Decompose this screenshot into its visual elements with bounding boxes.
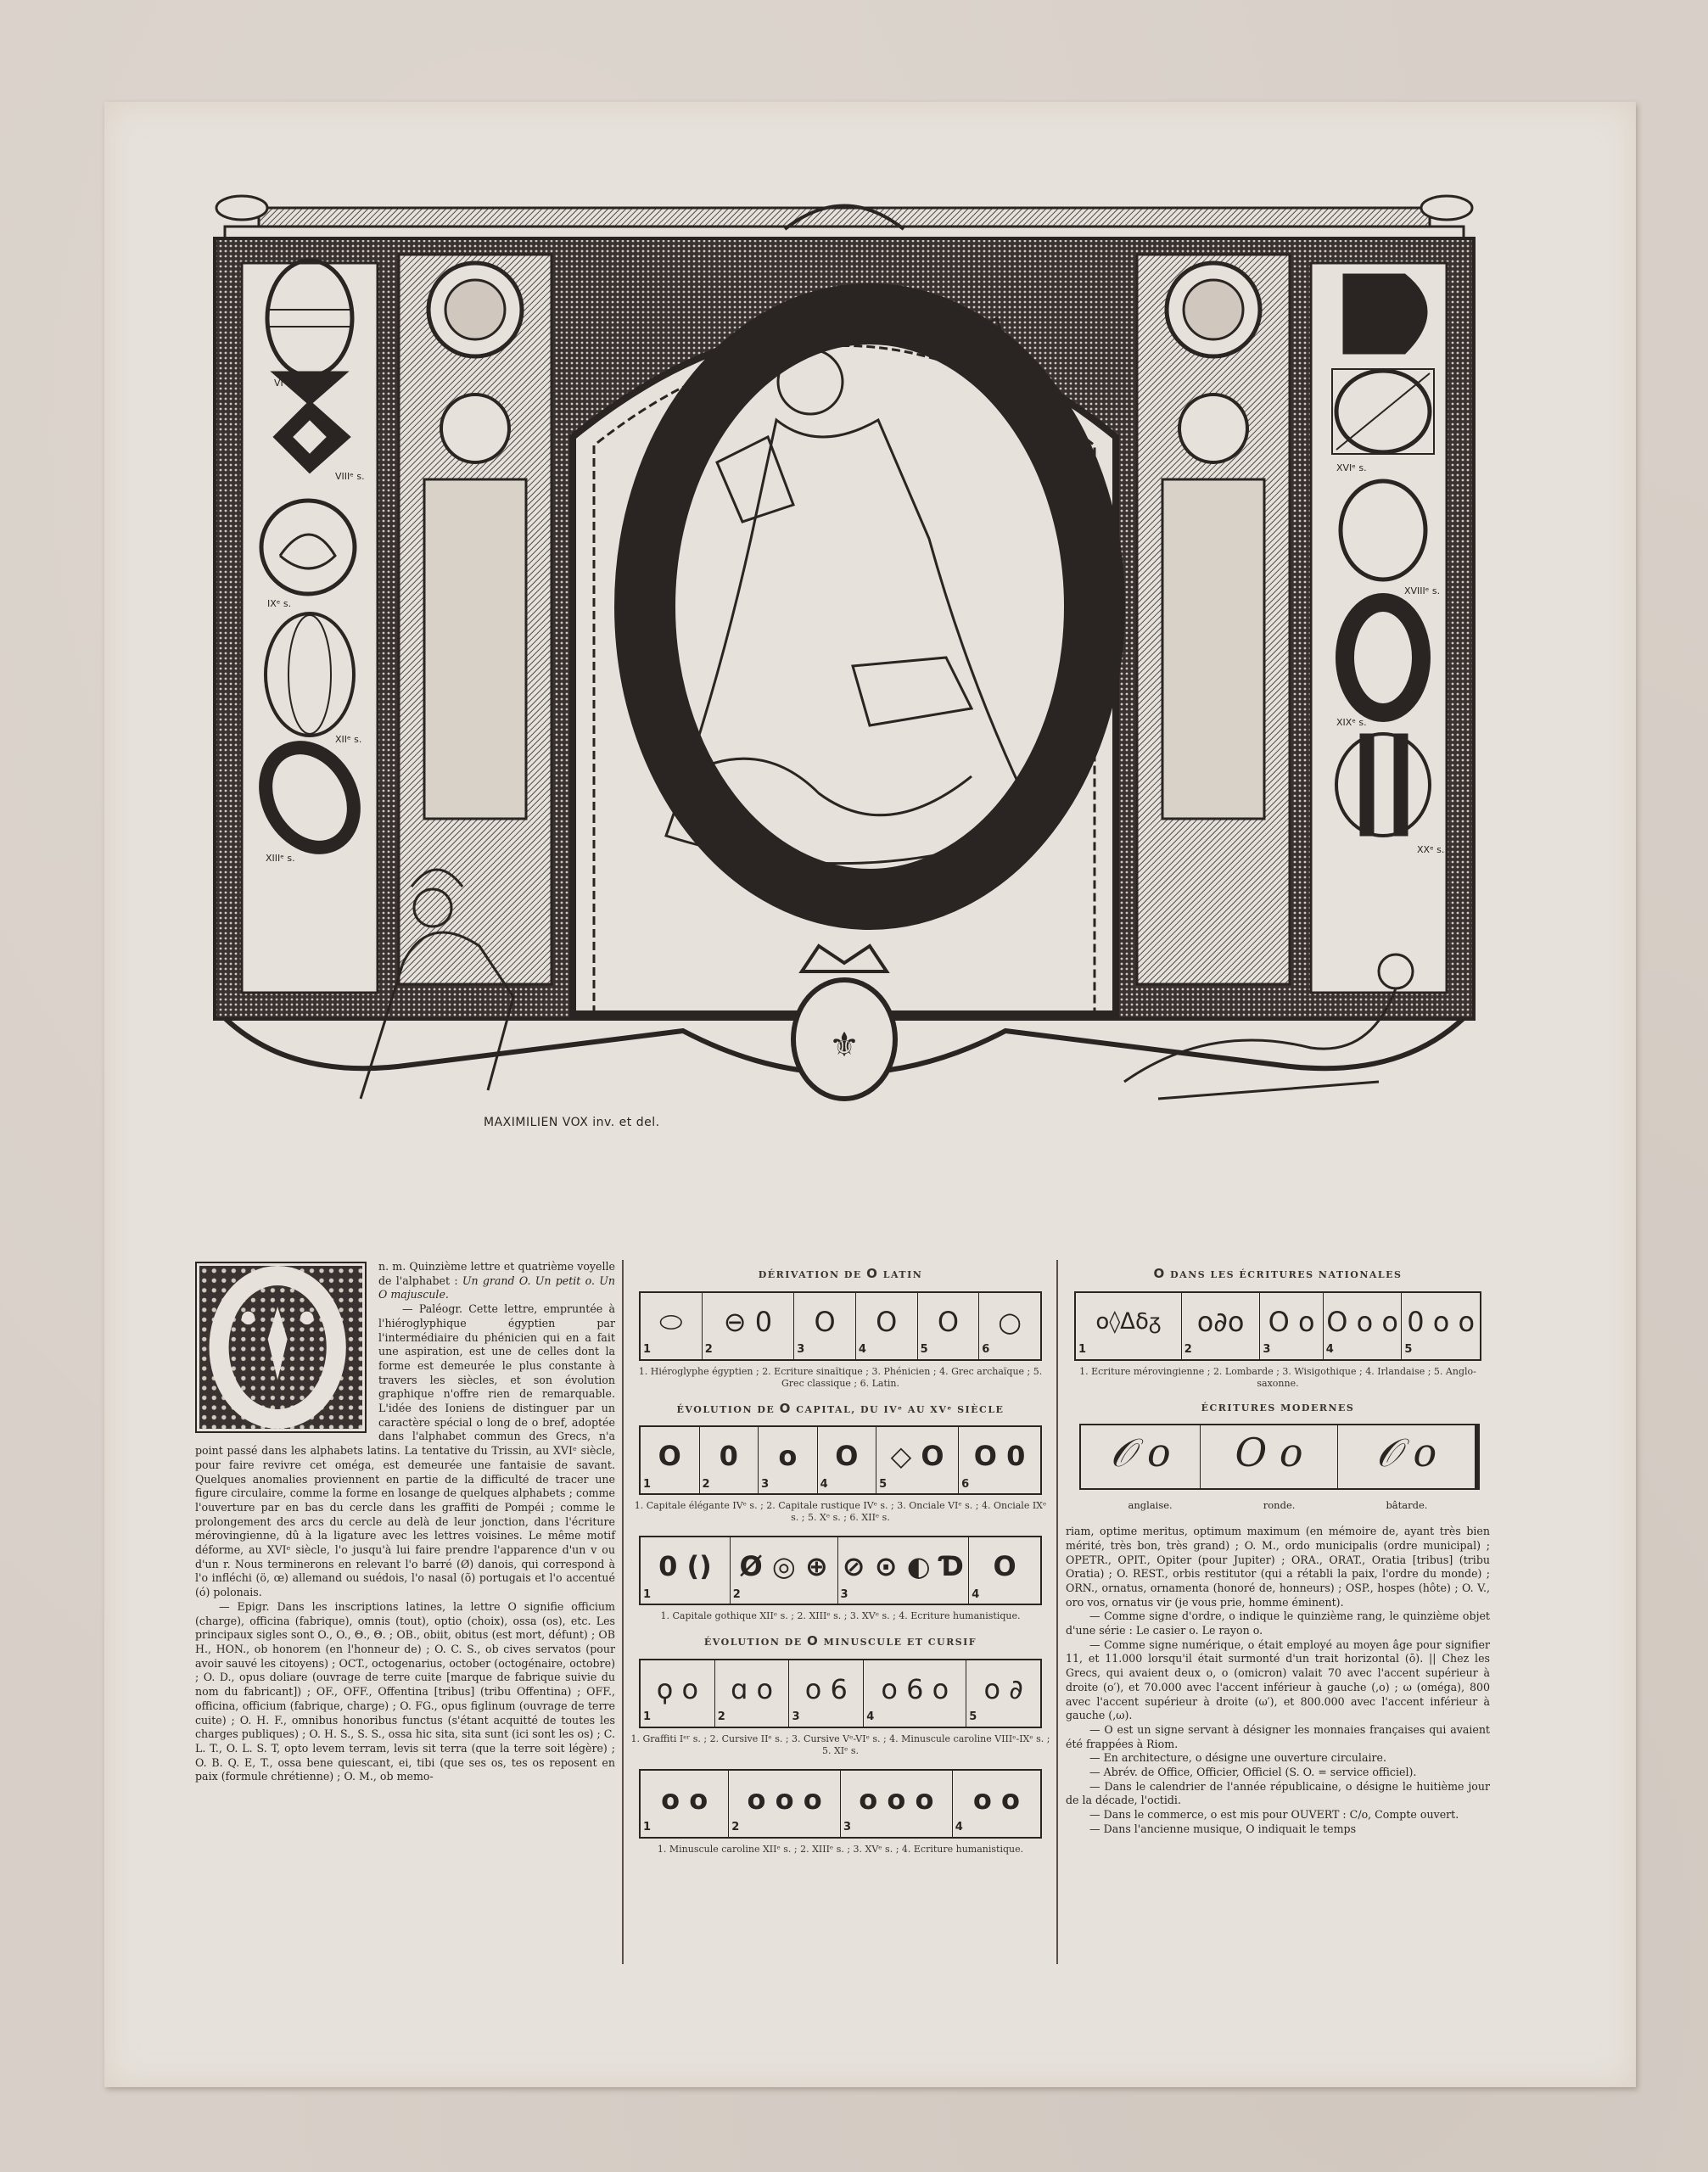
figure-caption-nationales: 1. Ecriture mérovingienne ; 2. Lombarde … [1066, 1366, 1490, 1390]
figure-cell: ○6 [979, 1293, 1040, 1359]
abbreviation-paragraph: — Abrév. de Office, Officier, Officiel (… [1066, 1766, 1490, 1780]
figure-cell: o3 [759, 1427, 818, 1493]
figure-cell: 0 o o5 [1402, 1293, 1480, 1359]
figure-box-minuscule: ϙ o1 ɑ o2 o 63 o 6 o4 o ∂5 [639, 1659, 1042, 1728]
dictionary-page: VIᵉ s. VIIIᵉ s. IXᵉ s. XIIᵉ s. XIIIᵉ s. … [104, 102, 1636, 2087]
figure-cell: o o o2 [729, 1771, 841, 1837]
figure-title-nationales: O DANS LES ÉCRITURES NATIONALES [1066, 1267, 1490, 1283]
ornamental-frame-illustration: VIᵉ s. VIIIᵉ s. IXᵉ s. XIIᵉ s. XIIIᵉ s. … [208, 182, 1481, 1128]
decorative-plate-letter-o: VIᵉ s. VIIIᵉ s. IXᵉ s. XIIᵉ s. XIIIᵉ s. … [208, 182, 1481, 1128]
figure-box-capital: O1 02 o3 O4 ◇ O5 O 06 [639, 1425, 1042, 1495]
figure-cell: ⊘ ⊙ ◐ Ɗ3 [838, 1537, 970, 1604]
figure-cell: ⊖ 02 [703, 1293, 795, 1359]
figure-caption-minuscule: 1. Graffiti Iᵉʳ s. ; 2. Cursive IIᵉ s. ;… [630, 1733, 1050, 1757]
figure-cell-ronde: O o [1201, 1425, 1338, 1488]
figure-cell: O1 [641, 1427, 700, 1493]
era-label-xiii: XIIIᵉ s. [266, 853, 295, 864]
figure-caption-derivation: 1. Hiéroglyphe égyptien ; 2. Ecriture si… [630, 1366, 1050, 1390]
artist-signature: MAXIMILIEN VOX inv. et del. [484, 1116, 660, 1129]
era-label-xx: XXᵉ s. [1417, 844, 1444, 855]
numeric-sign-paragraph: — Comme signe numérique, o était employé… [1066, 1638, 1490, 1723]
figure-cell: o◊ᐃδᵹ1 [1076, 1293, 1182, 1359]
figure-cell: O3 [794, 1293, 856, 1359]
figure-cell: ɑ o2 [715, 1660, 790, 1727]
era-label-xii: XIIᵉ s. [335, 734, 361, 745]
figure-cell: O4 [856, 1293, 918, 1359]
figure-cell: o o4 [953, 1771, 1040, 1837]
figure-box-nationales: o◊ᐃδᵹ1 o∂o2 O o3 O o o4 0 o o5 [1074, 1291, 1481, 1361]
figure-cell: o ∂5 [966, 1660, 1040, 1727]
label-batarde: bâtarde. [1386, 1498, 1427, 1513]
label-ronde: ronde. [1263, 1498, 1296, 1513]
figure-cell: O4 [818, 1427, 877, 1493]
era-label-ix: IXᵉ s. [267, 598, 291, 609]
figure-cell: O5 [918, 1293, 980, 1359]
figure-cell: ◇ O5 [876, 1427, 959, 1493]
figure-cell: 02 [700, 1427, 759, 1493]
order-sign-paragraph: — Comme signe d'ordre, o indique le quin… [1066, 1609, 1490, 1637]
figure-cell: o 63 [789, 1660, 864, 1727]
architecture-paragraph: — En architecture, o désigne une ouvertu… [1066, 1751, 1490, 1766]
column-divider-1 [622, 1260, 624, 1964]
figure-title-minuscule: ÉVOLUTION DE O MINUSCULE ET CURSIF [630, 1634, 1050, 1650]
column-divider-2 [1056, 1260, 1058, 1964]
modern-scripts-labels: anglaise. ronde. bâtarde. [1083, 1498, 1473, 1513]
figure-cell: o o1 [641, 1771, 729, 1837]
figure-cell: o∂o2 [1182, 1293, 1261, 1359]
figure-cell: ⬭1 [641, 1293, 703, 1359]
calendar-paragraph: — Dans le calendrier de l'année républic… [1066, 1780, 1490, 1808]
era-label-xvi: XVIᵉ s. [1336, 462, 1367, 473]
music-paragraph: — Dans l'ancienne musique, O indiquait l… [1066, 1822, 1490, 1837]
figure-cell: Ø ◎ ⊕2 [731, 1537, 838, 1604]
coinage-paragraph: — O est un signe servant à désigner les … [1066, 1723, 1490, 1751]
figure-box-derivation: ⬭1 ⊖ 02 O3 O4 O5 ○6 [639, 1291, 1042, 1361]
era-label-xviii: XVIIIᵉ s. [1404, 585, 1440, 596]
era-label-vi: VIᵉ s. [274, 378, 298, 389]
figure-caption-caroline: 1. Minuscule caroline XIIᵉ s. ; 2. XIIIᵉ… [630, 1844, 1050, 1856]
article-column-1: n. m. Quinzième lettre et quatrième voye… [195, 1260, 615, 1784]
era-label-viii: VIIIᵉ s. [335, 471, 365, 482]
article-column-3: O DANS LES ÉCRITURES NATIONALES o◊ᐃδᵹ1 o… [1066, 1260, 1490, 1837]
figure-cell: o o o3 [841, 1771, 953, 1837]
figure-title-modernes: ÉCRITURES MODERNES [1066, 1402, 1490, 1416]
figure-title-derivation: DÉRIVATION DE O LATIN [630, 1267, 1050, 1283]
figure-cell: O 06 [959, 1427, 1040, 1493]
epigraphy-continuation: riam, optime meritus, optimum maximum (e… [1066, 1525, 1490, 1609]
figure-box-modernes: 𝒪 o O o 𝒪 o [1079, 1424, 1480, 1490]
commerce-paragraph: — Dans le commerce, o est mis pour OUVER… [1066, 1808, 1490, 1822]
figure-cell: O o3 [1260, 1293, 1323, 1359]
era-label-xix: XIXᵉ s. [1336, 717, 1367, 728]
figure-title-capital: ÉVOLUTION DE O CAPITAL, DU IVᵉ AU XVᵉ SI… [630, 1402, 1050, 1418]
figure-cell: 0 ()1 [641, 1537, 731, 1604]
dropcap-o-icon [199, 1266, 362, 1429]
figure-cell-anglaise: 𝒪 o [1081, 1425, 1201, 1488]
figure-cell: O4 [969, 1537, 1040, 1604]
figure-box-caroline: o o1 o o o2 o o o3 o o4 [639, 1769, 1042, 1839]
figure-caption-capital: 1. Capitale élégante IVᵉ s. ; 2. Capital… [630, 1500, 1050, 1524]
figure-cell: o 6 o4 [864, 1660, 966, 1727]
figure-cell-batarde: 𝒪 o [1338, 1425, 1475, 1488]
ornamental-dropcap-o [195, 1262, 367, 1433]
figure-box-gothique: 0 ()1 Ø ◎ ⊕2 ⊘ ⊙ ◐ Ɗ3 O4 [639, 1536, 1042, 1605]
fleur-de-lis-icon: ⚜ [829, 1026, 860, 1065]
epigraphy-paragraph: — Epigr. Dans les inscriptions latines, … [195, 1600, 615, 1784]
figures-column: DÉRIVATION DE O LATIN ⬭1 ⊖ 02 O3 O4 O5 ○… [630, 1260, 1050, 1867]
figure-caption-gothique: 1. Capitale gothique XIIᵉ s. ; 2. XIIIᵉ … [630, 1610, 1050, 1622]
figure-cell: O o o4 [1324, 1293, 1403, 1359]
figure-cell: ϙ o1 [641, 1660, 715, 1727]
label-anglaise: anglaise. [1128, 1498, 1173, 1513]
